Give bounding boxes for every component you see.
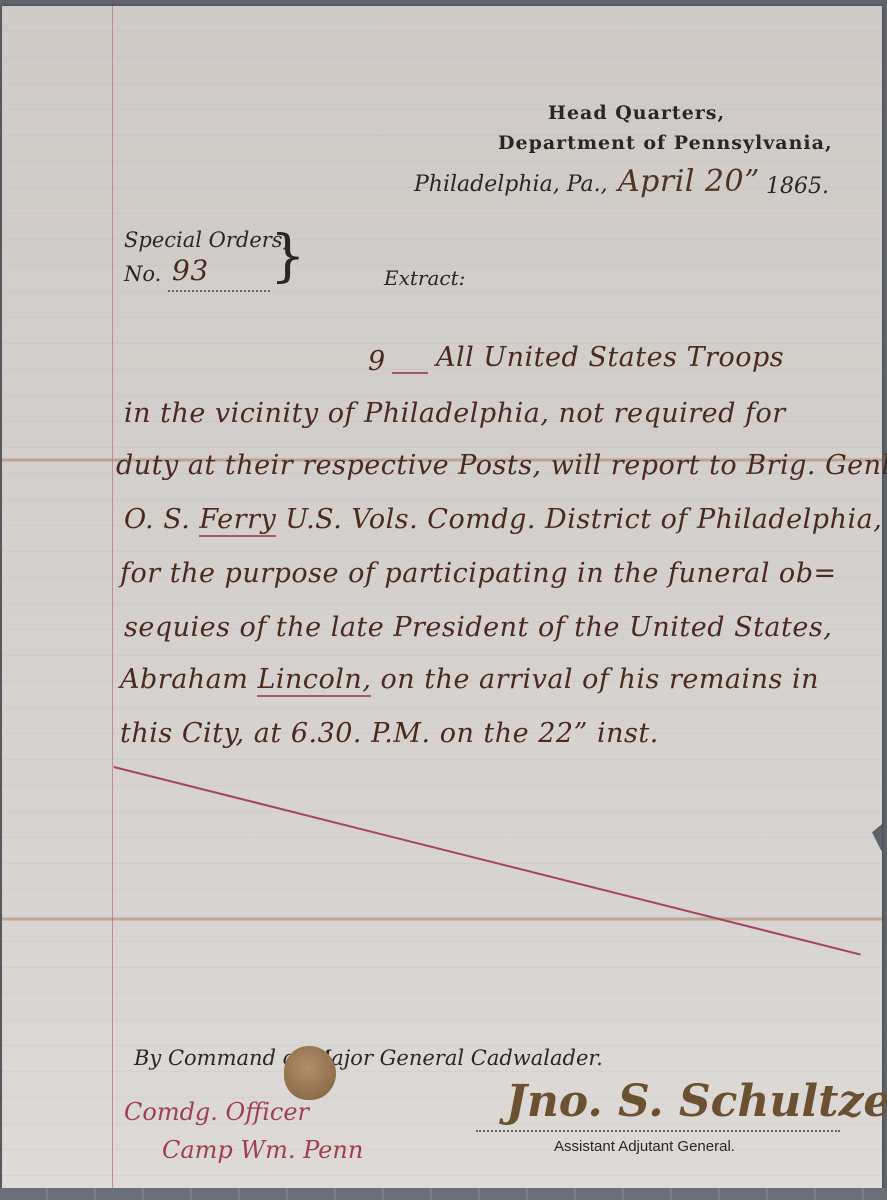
addressee-line-2: Camp Wm. Penn [162,1136,363,1164]
name-ferry: Ferry [199,504,276,537]
signature-title: Assistant Adjutant General. [554,1138,735,1155]
paragraph-number: 9 [368,346,386,377]
special-orders-label: Special Orders, [124,228,289,252]
letterhead-department: Department of Pennsylvania, [498,132,833,154]
background-surface [0,1188,887,1200]
by-command-line: By Command of Major General Cadwalader. [134,1046,603,1070]
body-line-5: for the purpose of participating in the … [120,558,837,589]
text: Abraham [120,664,257,695]
name-lincoln: Lincoln, [257,664,371,697]
margin-rule [112,6,113,1192]
extract-label: Extract: [384,266,465,290]
letterhead-year: 1865. [766,174,829,199]
body-line-4: O. S. Ferry U.S. Vols. Comdg. District o… [124,504,882,535]
signature: Jno. S. Schultze [506,1076,887,1127]
text: on the arrival of his remains in [371,664,819,695]
order-number-rule [168,290,270,292]
signature-rule [476,1130,840,1132]
letterhead-date: April 20” [618,164,760,199]
body-line-6: sequies of the late President of the Uni… [124,612,832,643]
order-number: 93 [172,254,209,287]
fold-crease-lower [2,917,882,921]
body-line-7: Abraham Lincoln, on the arrival of his r… [120,664,819,695]
addressee-line-1: Comdg. Officer [124,1098,309,1126]
paragraph-dash [392,350,428,374]
order-number-prefix: No. [124,262,161,286]
body-line-3: duty at their respective Posts, will rep… [116,450,887,481]
letterhead-place: Philadelphia, Pa., [414,172,608,197]
letterhead-head-quarters: Head Quarters, [548,102,725,124]
body-line-2: in the vicinity of Philadelphia, not req… [124,398,786,429]
body-line-8: this City, at 6.30. P.M. on the 22” inst… [120,718,659,749]
wax-seal [284,1046,336,1100]
text: O. S. [124,504,199,535]
document-page: Head Quarters, Department of Pennsylvani… [2,6,882,1192]
brace: } [270,224,306,289]
text: U.S. Vols. Comdg. District of Philadelph… [276,504,882,535]
body-line-1: All United States Troops [436,342,784,373]
